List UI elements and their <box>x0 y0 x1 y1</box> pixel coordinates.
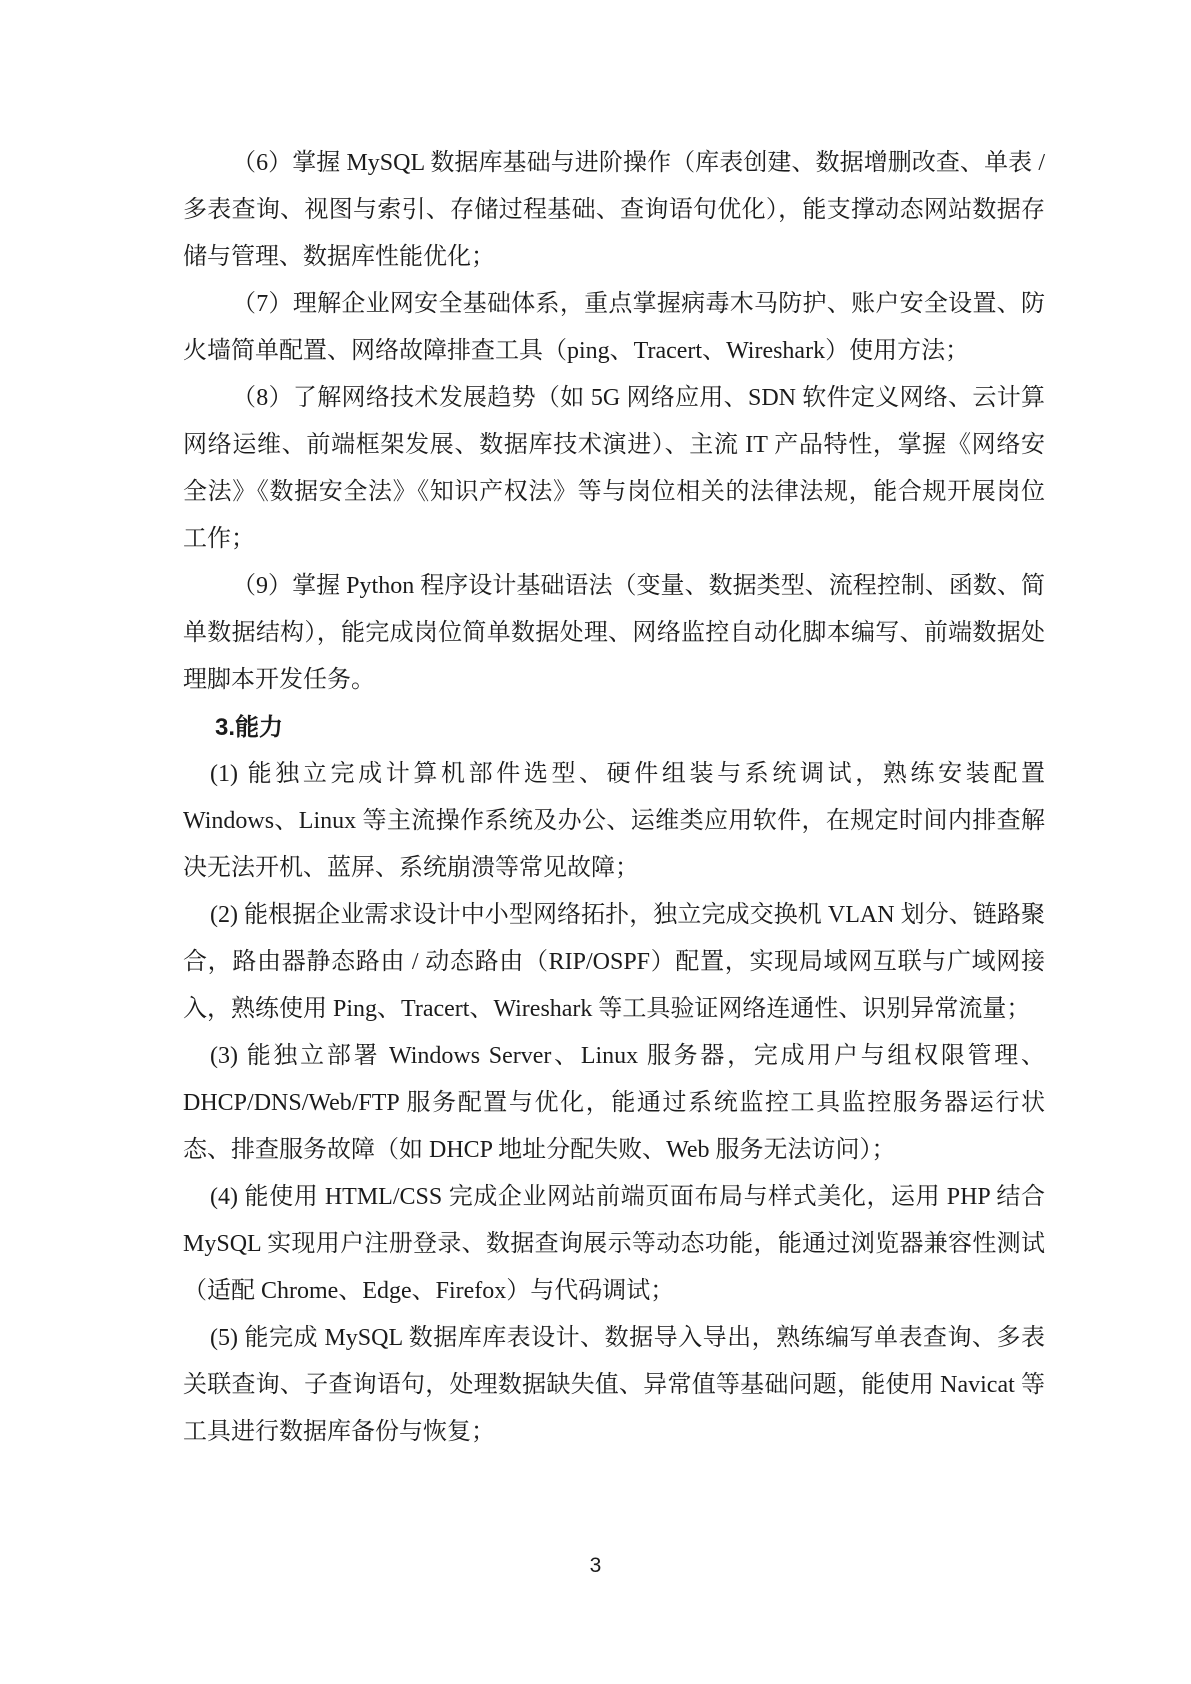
paragraph-knowledge-6: （6）掌握 MySQL 数据库基础与进阶操作（库表创建、数据增删改查、单表 / … <box>183 140 1045 281</box>
page-number: 3 <box>0 1552 1191 1580</box>
paragraph-knowledge-9: （9）掌握 Python 程序设计基础语法（变量、数据类型、流程控制、函数、简单… <box>183 563 1045 704</box>
paragraph-ability-1: (1) 能独立完成计算机部件选型、硬件组装与系统调试，熟练安装配置 Window… <box>183 751 1045 892</box>
document-page: （6）掌握 MySQL 数据库基础与进阶操作（库表创建、数据增删改查、单表 / … <box>0 0 1191 1684</box>
paragraph-ability-4: (4) 能使用 HTML/CSS 完成企业网站前端页面布局与样式美化，运用 PH… <box>183 1174 1045 1315</box>
paragraph-ability-3: (3) 能独立部署 Windows Server、Linux 服务器，完成用户与… <box>183 1033 1045 1174</box>
paragraph-knowledge-8: （8）了解网络技术发展趋势（如 5G 网络应用、SDN 软件定义网络、云计算网络… <box>183 375 1045 563</box>
paragraph-ability-5: (5) 能完成 MySQL 数据库库表设计、数据导入导出，熟练编写单表查询、多表… <box>183 1315 1045 1456</box>
section-heading-ability: 3.能力 <box>183 704 1045 751</box>
paragraph-knowledge-7: （7）理解企业网安全基础体系，重点掌握病毒木马防护、账户安全设置、防火墙简单配置… <box>183 281 1045 375</box>
document-body: （6）掌握 MySQL 数据库基础与进阶操作（库表创建、数据增删改查、单表 / … <box>183 140 1045 1456</box>
paragraph-ability-2: (2) 能根据企业需求设计中小型网络拓扑，独立完成交换机 VLAN 划分、链路聚… <box>183 892 1045 1033</box>
